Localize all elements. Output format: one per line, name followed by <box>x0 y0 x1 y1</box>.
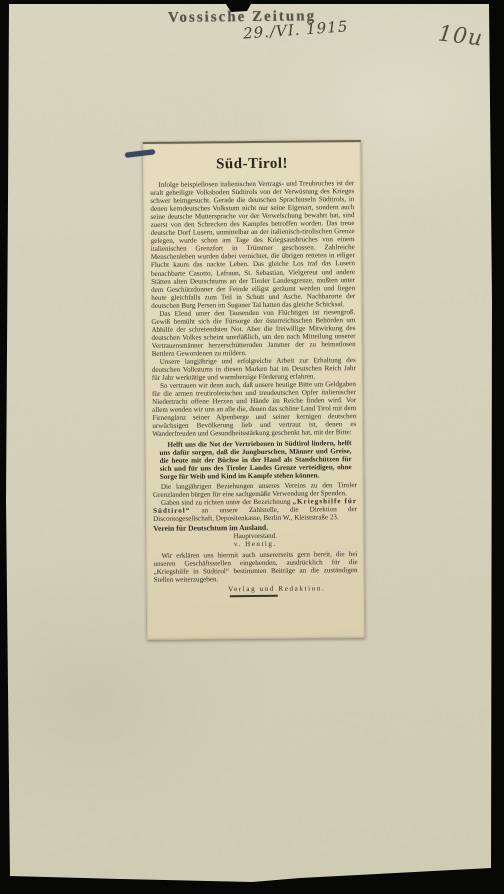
paragraph-arbeit: Unsere langjährige und erfolgreiche Arbe… <box>152 356 356 382</box>
scan-background: Vossische Zeitung 29./VI. 1915 10u Süd-T… <box>0 0 504 894</box>
paragraph-spenden: Die langjährigen Beziehungen unseres Ver… <box>153 481 357 499</box>
news-clipping: Süd-Tirol! Infolge beispiellosen italien… <box>143 140 365 640</box>
clipping-title: Süd-Tirol! <box>150 155 354 174</box>
editor-note: Wir erklären uns hiermit auch unserersei… <box>153 550 357 584</box>
paragraph-donation: Gaben sind zu richten unter der Bezeichn… <box>153 497 357 523</box>
paragraph-elend: Das Elend unter den Tausenden von Flücht… <box>151 308 355 358</box>
paper-sheet: Vossische Zeitung 29./VI. 1915 10u Süd-T… <box>0 0 504 894</box>
end-rule <box>230 595 278 597</box>
appeal-paragraph: Helft uns die Not der Vertriebenen in Sü… <box>159 439 351 481</box>
closing-line: Verlag und Redaktion. <box>154 584 358 594</box>
signature-name: v. Hentig. <box>153 539 357 549</box>
paragraph-bitte: So vertrauen wir denn auch, daß unsere h… <box>152 380 356 438</box>
paragraph-intro: Infolge beispiellosen italienischen Vert… <box>150 179 355 310</box>
archival-number: 10u <box>437 21 485 51</box>
